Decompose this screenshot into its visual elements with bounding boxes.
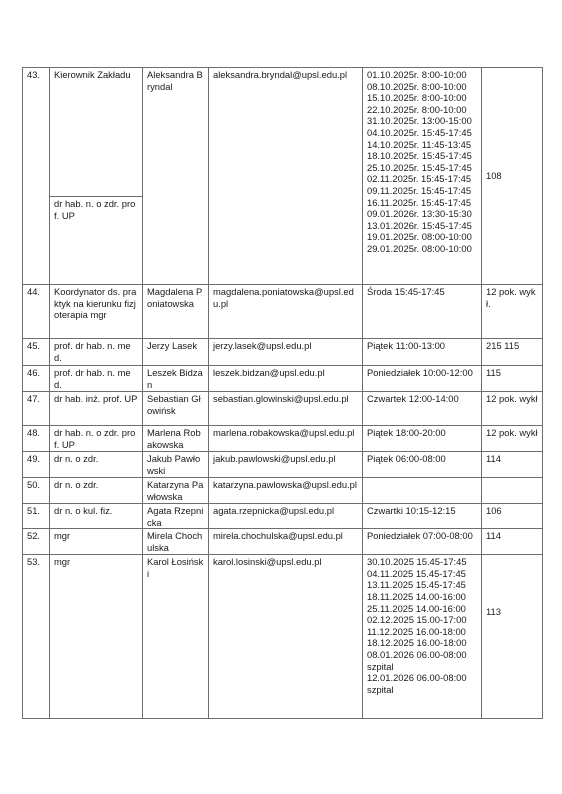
- email-cell: magdalena.poniatowska@upsl.edu.pl: [209, 285, 363, 339]
- row-number: 47.: [27, 393, 40, 404]
- email-cell: jerzy.lasek@upsl.edu.pl: [209, 339, 363, 366]
- office-hours-entry: 09.11.2025r. 15:45-17:45: [367, 185, 477, 197]
- room-number: 108: [486, 170, 502, 181]
- row-number: 52.: [27, 530, 40, 541]
- email-cell: aleksandra.bryndal@upsl.edu.pl: [209, 68, 363, 285]
- email-link[interactable]: leszek.bidzan@upsl.edu.pl: [213, 367, 325, 378]
- row-number-cell: 49.: [23, 452, 50, 478]
- position-text: Kierownik Zakładu: [54, 69, 131, 80]
- office-hours-entry: 30.10.2025 15.45-17:45: [367, 556, 477, 568]
- row-number-cell: 52.: [23, 529, 50, 555]
- email-cell: sebastian.glowinski@upsl.edu.pl: [209, 392, 363, 426]
- room-cell: 215 115: [482, 339, 543, 366]
- email-link[interactable]: mirela.chochulska@upsl.edu.pl: [213, 530, 343, 541]
- office-hours-entry: 13.01.2026r. 15:45-17:45: [367, 220, 477, 232]
- email-link[interactable]: aleksandra.bryndal@upsl.edu.pl: [213, 69, 347, 80]
- title-cell: Kierownik Zakładudr hab. n. o zdr. prof.…: [50, 68, 143, 285]
- email-cell: karol.losinski@upsl.edu.pl: [209, 555, 363, 719]
- room-cell: 12 pok. wykł: [482, 426, 543, 452]
- title-cell: dr hab. inż. prof. UP: [50, 392, 143, 426]
- office-hours-entry: 11.12.2025 16.00-18:00: [367, 626, 477, 638]
- name-cell: Sebastian Głowińsk: [143, 392, 209, 426]
- name-cell: Leszek Bidzan: [143, 366, 209, 392]
- email-cell: jakub.pawlowski@upsl.edu.pl: [209, 452, 363, 478]
- row-number-cell: 48.: [23, 426, 50, 452]
- title-text: dr n. o zdr.: [54, 453, 98, 464]
- room-cell: 106: [482, 504, 543, 529]
- table-row: 43.Kierownik Zakładudr hab. n. o zdr. pr…: [23, 68, 543, 285]
- room-cell: 114: [482, 452, 543, 478]
- person-name: Agata Rzepnicka: [147, 505, 203, 528]
- office-hours-entry: 08.01.2026 06.00-08:00: [367, 649, 477, 661]
- room-number: 114: [486, 453, 501, 464]
- table-row: 51.dr n. o kul. fiz. Agata Rzepnickaagat…: [23, 504, 543, 529]
- office-hours-entry: 14.10.2025r. 11:45-13:45: [367, 139, 477, 151]
- row-number: 50.: [27, 479, 40, 490]
- office-hours-entry: 16.11.2025r. 15:45-17:45: [367, 197, 477, 209]
- title-split: Kierownik Zakładudr hab. n. o zdr. prof.…: [50, 68, 142, 284]
- office-hours-cell: 01.10.2025r. 8:00-10:0008.10.2025r. 8:00…: [363, 68, 482, 285]
- title-cell: mgr: [50, 529, 143, 555]
- office-hours-entry: 12.01.2026 06.00-08:00: [367, 672, 477, 684]
- title-text: prof. dr hab. n. med.: [54, 340, 131, 363]
- row-number-cell: 53.: [23, 555, 50, 719]
- title-text: mgr: [54, 530, 70, 541]
- room-number: 115: [486, 367, 501, 378]
- table-row: 52.mgr Mirela Chochulskamirela.chochulsk…: [23, 529, 543, 555]
- office-hours-entry: 15.10.2025r. 8:00-10:00: [367, 92, 477, 104]
- office-hours-entry: 18.12.2025 16.00-18:00: [367, 637, 477, 649]
- office-hours-cell: Piątek 06:00-08:00: [363, 452, 482, 478]
- office-hours-entry: 09.01.2026r. 13:30-15:30: [367, 208, 477, 220]
- row-number-cell: 45.: [23, 339, 50, 366]
- title-cell: mgr: [50, 555, 143, 719]
- office-hours-cell: Poniedziałek 07:00-08:00: [363, 529, 482, 555]
- row-number-cell: 44.: [23, 285, 50, 339]
- email-link[interactable]: jakub.pawlowski@upsl.edu.pl: [213, 453, 336, 464]
- person-name: Leszek Bidzan: [147, 367, 203, 390]
- table-row: 44. Koordynator ds. praktyk na kierunku …: [23, 285, 543, 339]
- name-cell: Aleksandra Bryndal: [143, 68, 209, 285]
- person-name: Marlena Robakowska: [147, 427, 201, 450]
- row-number: 51.: [27, 505, 40, 516]
- email-cell: mirela.chochulska@upsl.edu.pl: [209, 529, 363, 555]
- office-hours-entry: 31.10.2025r. 13:00-15:00: [367, 115, 477, 127]
- office-hours-entry: 22.10.2025r. 8:00-10:00: [367, 104, 477, 116]
- room-number: 215 115: [486, 340, 519, 351]
- name-cell: Karol Łosiński: [143, 555, 209, 719]
- person-name: Sebastian Głowińsk: [147, 393, 201, 416]
- row-number-cell: 46.: [23, 366, 50, 392]
- room-cell: 12 pok. wykł.: [482, 285, 543, 339]
- office-hours-entry: 13.11.2025 15.45-17:45: [367, 579, 477, 591]
- room-number: 106: [486, 505, 502, 516]
- staff-table-body: 43.Kierownik Zakładudr hab. n. o zdr. pr…: [23, 68, 543, 719]
- room-cell: [482, 478, 543, 504]
- room-cell: 115: [482, 366, 543, 392]
- name-cell: Agata Rzepnicka: [143, 504, 209, 529]
- table-row: 48.dr hab. n. o zdr. prof. UP Marlena Ro…: [23, 426, 543, 452]
- row-number: 45.: [27, 340, 40, 351]
- table-row: 49.dr n. o zdr.Jakub Pawłowskijakub.pawl…: [23, 452, 543, 478]
- title-cell: prof. dr hab. n. med.: [50, 366, 143, 392]
- person-name: Karol Łosiński: [147, 556, 203, 579]
- office-hours-cell: Czwartek 12:00-14:00: [363, 392, 482, 426]
- name-cell: Marlena Robakowska: [143, 426, 209, 452]
- office-hours-cell: Piątek 18:00-20:00: [363, 426, 482, 452]
- email-cell: leszek.bidzan@upsl.edu.pl: [209, 366, 363, 392]
- row-number: 46.: [27, 367, 40, 378]
- table-row: 50.dr n. o zdr.Katarzyna Pawłowskakatarz…: [23, 478, 543, 504]
- degree-text: dr hab. n. o zdr. prof. UP: [54, 198, 135, 221]
- office-hours-entry: Piątek 11:00-13:00: [367, 340, 477, 352]
- email-cell: marlena.robakowska@upsl.edu.pl: [209, 426, 363, 452]
- email-link[interactable]: sebastian.glowinski@upsl.edu.pl: [213, 393, 349, 404]
- email-link[interactable]: magdalena.poniatowska@upsl.edu.pl: [213, 286, 354, 309]
- office-hours-entry: Poniedziałek 10:00-12:00: [367, 367, 477, 379]
- office-hours-cell: Piątek 11:00-13:00: [363, 339, 482, 366]
- office-hours-cell: Środa 15:45-17:45: [363, 285, 482, 339]
- office-hours-entry: Czwartki 10:15-12:15: [367, 505, 477, 517]
- room-cell: 12 pok. wykł: [482, 392, 543, 426]
- row-number: 43.: [27, 69, 40, 80]
- office-hours-cell: Poniedziałek 10:00-12:00: [363, 366, 482, 392]
- room-number: 12 pok. wykł: [486, 393, 538, 404]
- table-row: 47.dr hab. inż. prof. UPSebastian Głowiń…: [23, 392, 543, 426]
- email-link[interactable]: karol.losinski@upsl.edu.pl: [213, 556, 322, 567]
- title-text: prof. dr hab. n. med.: [54, 367, 131, 390]
- person-name: Katarzyna Pawłowska: [147, 479, 203, 502]
- office-hours-entry: 25.11.2025 14.00-16:00: [367, 603, 477, 615]
- office-hours-entry: Piątek 18:00-20:00: [367, 427, 477, 439]
- title-text: mgr: [54, 556, 70, 567]
- person-name: Magdalena Poniatowska: [147, 286, 202, 309]
- title-cell: Koordynator ds. praktyk na kierunku fizj…: [50, 285, 143, 339]
- email-cell: agata.rzepnicka@upsl.edu.pl: [209, 504, 363, 529]
- name-cell: Jerzy Lasek: [143, 339, 209, 366]
- row-number-cell: 50.: [23, 478, 50, 504]
- office-hours-entry: Piątek 06:00-08:00: [367, 453, 477, 465]
- office-hours-entry: 08.10.2025r. 8:00-10:00: [367, 81, 477, 93]
- staff-table: 43.Kierownik Zakładudr hab. n. o zdr. pr…: [22, 67, 543, 719]
- row-number: 53.: [27, 556, 40, 567]
- row-number: 44.: [27, 286, 40, 297]
- person-name: Aleksandra Bryndal: [147, 69, 203, 92]
- title-cell: dr n. o kul. fiz.: [50, 504, 143, 529]
- office-hours-entry: szpital: [367, 684, 477, 696]
- name-cell: Jakub Pawłowski: [143, 452, 209, 478]
- office-hours-entry: Czwartek 12:00-14:00: [367, 393, 477, 405]
- title-cell: dr n. o zdr.: [50, 478, 143, 504]
- office-hours-entry: 18.10.2025r. 15:45-17:45: [367, 150, 477, 162]
- email-link[interactable]: marlena.robakowska@upsl.edu.pl: [213, 427, 354, 438]
- title-cell: dr n. o zdr.: [50, 452, 143, 478]
- title-text: dr hab. n. o zdr. prof. UP: [54, 427, 135, 450]
- person-name: Jerzy Lasek: [147, 340, 197, 351]
- title-text: Koordynator ds. praktyk na kierunku fizj…: [54, 286, 136, 320]
- email-link[interactable]: agata.rzepnicka@upsl.edu.pl: [213, 505, 334, 516]
- email-link[interactable]: jerzy.lasek@upsl.edu.pl: [213, 340, 311, 351]
- office-hours-entry: 18.11.2025 14.00-16:00: [367, 591, 477, 603]
- row-number: 48.: [27, 427, 40, 438]
- name-cell: Magdalena Poniatowska: [143, 285, 209, 339]
- office-hours-entry: 02.11.2025r. 15:45-17:45: [367, 173, 477, 185]
- title-cell: prof. dr hab. n. med.: [50, 339, 143, 366]
- office-hours-entry: 02.12.2025 15.00-17:00: [367, 614, 477, 626]
- office-hours-entry: 01.10.2025r. 8:00-10:00: [367, 69, 477, 81]
- person-name: Mirela Chochulska: [147, 530, 202, 553]
- office-hours-cell: Czwartki 10:15-12:15: [363, 504, 482, 529]
- office-hours-cell: 30.10.2025 15.45-17:4504.11.2025 15.45-1…: [363, 555, 482, 719]
- row-number: 49.: [27, 453, 40, 464]
- title-cell: dr hab. n. o zdr. prof. UP: [50, 426, 143, 452]
- name-cell: Katarzyna Pawłowska: [143, 478, 209, 504]
- title-text: dr n. o zdr.: [54, 479, 98, 490]
- office-hours-entry: Środa 15:45-17:45: [367, 286, 477, 298]
- degree-section: dr hab. n. o zdr. prof. UP: [50, 197, 142, 221]
- room-cell: 114: [482, 529, 543, 555]
- office-hours-entry: 04.11.2025 15.45-17:45: [367, 568, 477, 580]
- title-text: dr hab. inż. prof. UP: [54, 393, 137, 404]
- room-number: 114: [486, 530, 501, 541]
- office-hours-entry: szpital: [367, 661, 477, 673]
- title-text: dr n. o kul. fiz.: [54, 505, 112, 516]
- row-number-cell: 51.: [23, 504, 50, 529]
- room-cell: 113: [482, 555, 543, 719]
- position-section: Kierownik Zakładu: [50, 68, 142, 197]
- room-number: 12 pok. wykł.: [486, 286, 536, 309]
- table-row: 45.prof. dr hab. n. med.Jerzy Lasekjerzy…: [23, 339, 543, 366]
- name-cell: Mirela Chochulska: [143, 529, 209, 555]
- table-row: 46.prof. dr hab. n. med.Leszek Bidzanles…: [23, 366, 543, 392]
- office-hours-entry: 29.01.2025r. 08:00-10:00: [367, 243, 477, 255]
- table-row: 53.mgr Karol Łosińskikarol.losinski@upsl…: [23, 555, 543, 719]
- email-link[interactable]: katarzyna.pawlowska@upsl.edu.pl: [213, 479, 357, 490]
- row-number-cell: 47.: [23, 392, 50, 426]
- office-hours-entry: 04.10.2025r. 15:45-17:45: [367, 127, 477, 139]
- office-hours-entry: 25.10.2025r. 15:45-17:45: [367, 162, 477, 174]
- email-cell: katarzyna.pawlowska@upsl.edu.pl: [209, 478, 363, 504]
- room-cell: 108: [482, 68, 543, 285]
- office-hours-entry: Poniedziałek 07:00-08:00: [367, 530, 477, 542]
- office-hours-entry: 19.01.2025r. 08:00-10:00: [367, 231, 477, 243]
- office-hours-cell: [363, 478, 482, 504]
- room-number: 12 pok. wykł: [486, 427, 538, 438]
- person-name: Jakub Pawłowski: [147, 453, 200, 476]
- row-number-cell: 43.: [23, 68, 50, 285]
- room-number: 113: [486, 606, 501, 617]
